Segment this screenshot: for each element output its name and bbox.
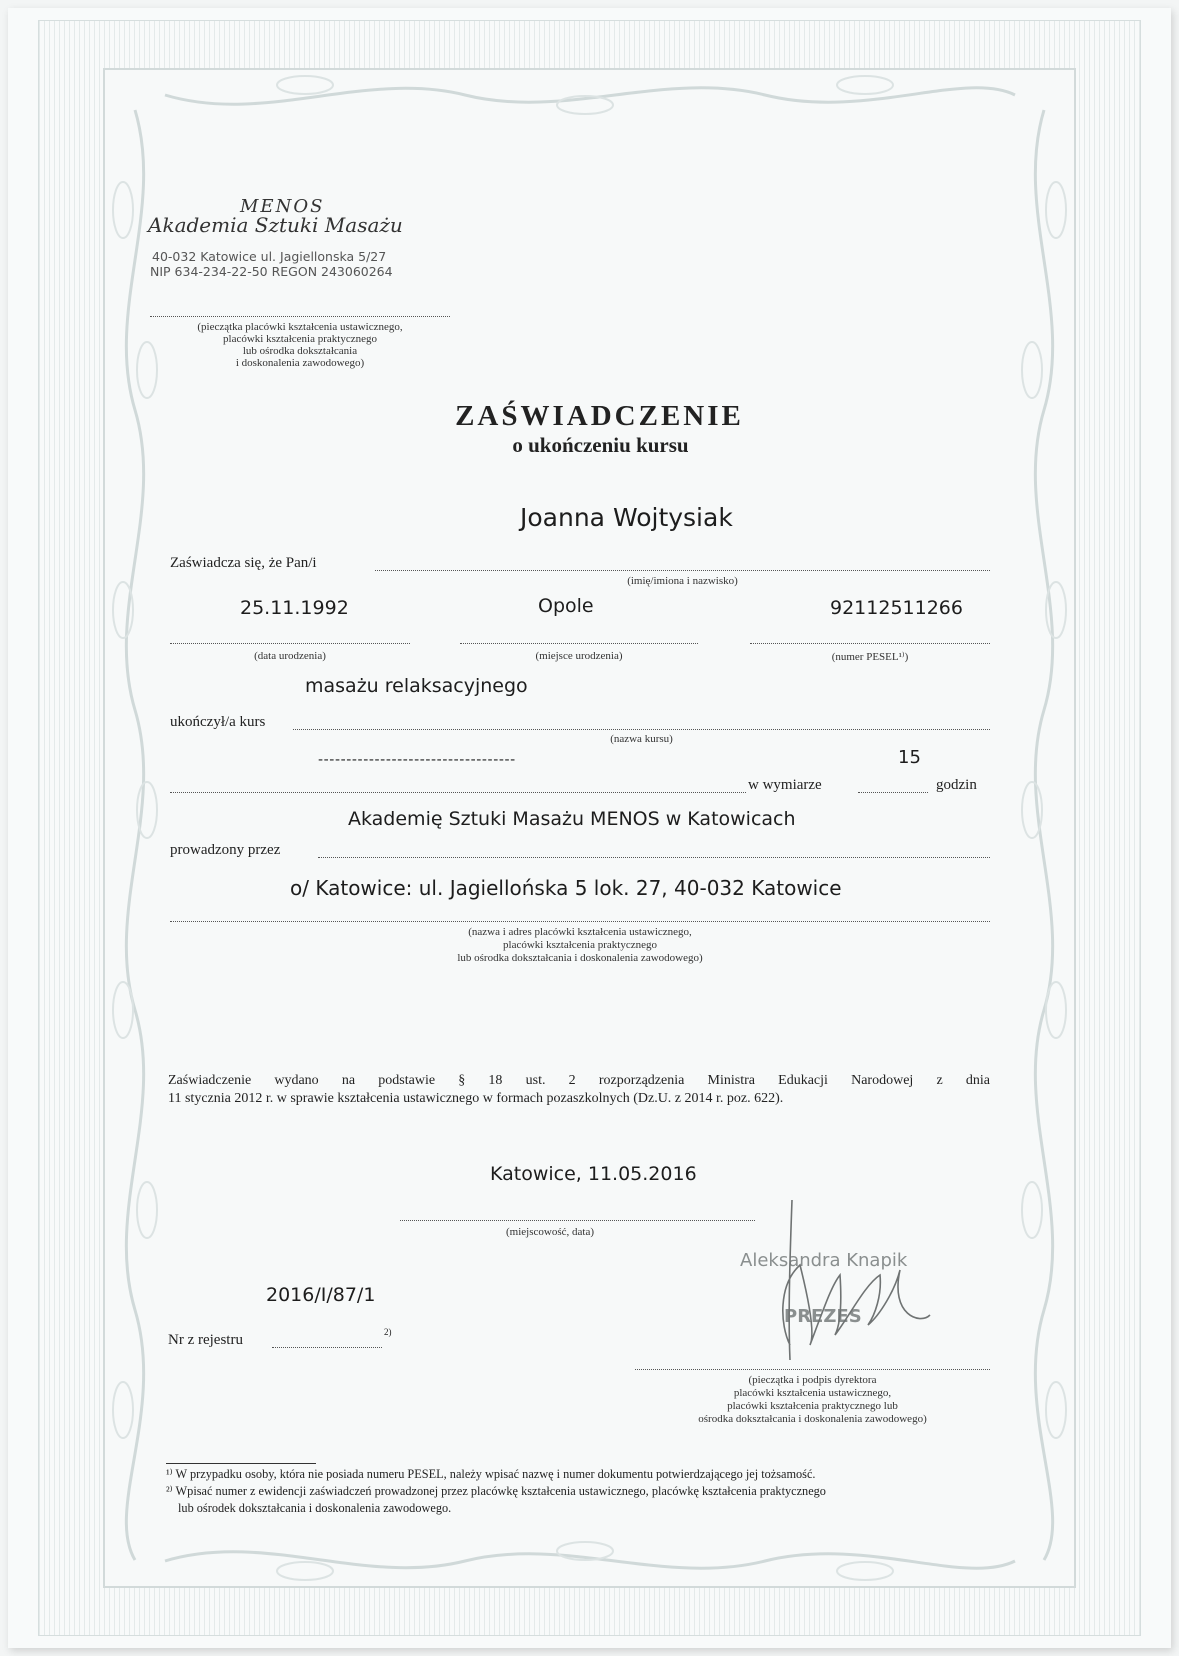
stamp-caption-line: placówki kształcenia praktycznego (150, 333, 450, 345)
person-label: Zaświadcza się, że Pan/i (170, 555, 317, 572)
register-footnote-ref: 2) (384, 1327, 392, 1337)
person-name-value: Joanna Wojtysiak (520, 503, 733, 532)
footnote-2: ²⁾ Wpisać numer z ewidencji zaświadczeń … (166, 1483, 1006, 1500)
hours-label-post: godzin (936, 777, 977, 794)
signature-caption-line: placówki kształcenia ustawicznego, (635, 1387, 990, 1400)
provider-address-value: o/ Katowice: ul. Jagiellońska 5 lok. 27,… (290, 876, 842, 900)
legal-basis-line: 11 stycznia 2012 r. w sprawie kształceni… (168, 1090, 990, 1108)
issue-place-date-value: Katowice, 11.05.2016 (490, 1163, 697, 1185)
stamp-dotted-line (150, 316, 450, 317)
course-continuation-dotted-line (170, 792, 746, 793)
birth-place-caption: (miejsce urodzenia) (460, 650, 698, 662)
stamp-caption-line: (pieczątka placówki kształcenia ustawicz… (150, 321, 450, 333)
document-title: ZAŚWIADCZENIE (20, 400, 1179, 433)
footnote-separator (166, 1463, 316, 1464)
signature-caption-line: ośrodka dokształcania i doskonalenia zaw… (635, 1413, 990, 1426)
name-caption: (imię/imiona i nazwisko) (375, 575, 990, 587)
register-dotted-line (272, 1347, 382, 1348)
provider-label: prowadzony przez (170, 842, 280, 859)
provider-caption-line: (nazwa i adres placówki kształcenia usta… (170, 926, 990, 939)
document-subtitle: o ukończeniu kursu (22, 433, 1179, 458)
provider-caption-line: placówki kształcenia praktycznego (170, 939, 990, 952)
course-dotted-line (293, 729, 990, 730)
hours-label-pre: w wymiarze (748, 777, 822, 794)
name-dotted-line (375, 570, 990, 571)
institution-stamp: MENOS Akademia Sztuki Masażu 40-032 Kato… (148, 196, 448, 279)
legal-basis: Zaświadczenie wydano na podstawie § 18 u… (168, 1072, 990, 1108)
legal-basis-line: Zaświadczenie wydano na podstawie § 18 u… (168, 1072, 990, 1090)
signature-caption: (pieczątka i podpis dyrektora placówki k… (635, 1374, 990, 1426)
signature-caption-line: placówki kształcenia praktycznego lub (635, 1400, 990, 1413)
birth-place-value: Opole (538, 595, 594, 617)
signature-caption-line: (pieczątka i podpis dyrektora (635, 1374, 990, 1387)
birth-place-dotted-line (460, 643, 698, 644)
footnotes: ¹⁾ W przypadku osoby, która nie posiada … (166, 1466, 1006, 1517)
provider-dotted-line (318, 857, 990, 858)
course-name-value: masażu relaksacyjnego (305, 675, 528, 697)
stamp-caption-line: i doskonalenia zawodowego) (150, 357, 450, 369)
pesel-value: 92112511266 (830, 597, 963, 619)
course-caption: (nazwa kursu) (293, 733, 990, 745)
stamp-caption-line: lub ośrodka dokształcania (150, 345, 450, 357)
provider-caption: (nazwa i adres placówki kształcenia usta… (170, 926, 990, 965)
issue-caption: (miejscowość, data) (400, 1226, 700, 1238)
institution-address: 40-032 Katowice ul. Jagiellonska 5/27 (152, 249, 448, 264)
institution-ids: NIP 634-234-22-50 REGON 243060264 (150, 264, 448, 279)
birth-date-dotted-line (170, 643, 410, 644)
provider-caption-line: lub ośrodka dokształcania i doskonalenia… (170, 952, 990, 965)
pesel-dotted-line (750, 643, 990, 644)
pesel-caption: (numer PESEL¹⁾) (750, 650, 990, 663)
hours-dotted-line (858, 792, 928, 793)
provider-name-value: Akademię Sztuki Masażu MENOS w Katowicac… (348, 808, 796, 830)
issue-dotted-line (400, 1220, 755, 1221)
title-block: ZAŚWIADCZENIE o ukończeniu kursu (0, 400, 1179, 458)
handwritten-signature-icon (770, 1195, 940, 1365)
signature-dotted-line (635, 1369, 990, 1370)
stamp-caption: (pieczątka placówki kształcenia ustawicz… (150, 321, 450, 369)
birth-date-value: 25.11.1992 (240, 597, 349, 619)
register-label: Nr z rejestru (168, 1332, 243, 1349)
course-hours-value: 15 (898, 747, 921, 768)
course-label: ukończył/a kurs (170, 714, 265, 731)
footnote-1: ¹⁾ W przypadku osoby, która nie posiada … (166, 1466, 1006, 1483)
birth-date-caption: (data urodzenia) (170, 650, 410, 662)
institution-name: Akademia Sztuki Masażu (148, 213, 448, 237)
footnote-2-continued: lub ośrodek dokształcania i doskonalenia… (166, 1500, 1006, 1517)
register-number-value: 2016/I/87/1 (266, 1284, 375, 1306)
course-continuation-dashes: ----------------------------------- (318, 752, 516, 768)
provider-address-dotted-line (170, 921, 990, 922)
